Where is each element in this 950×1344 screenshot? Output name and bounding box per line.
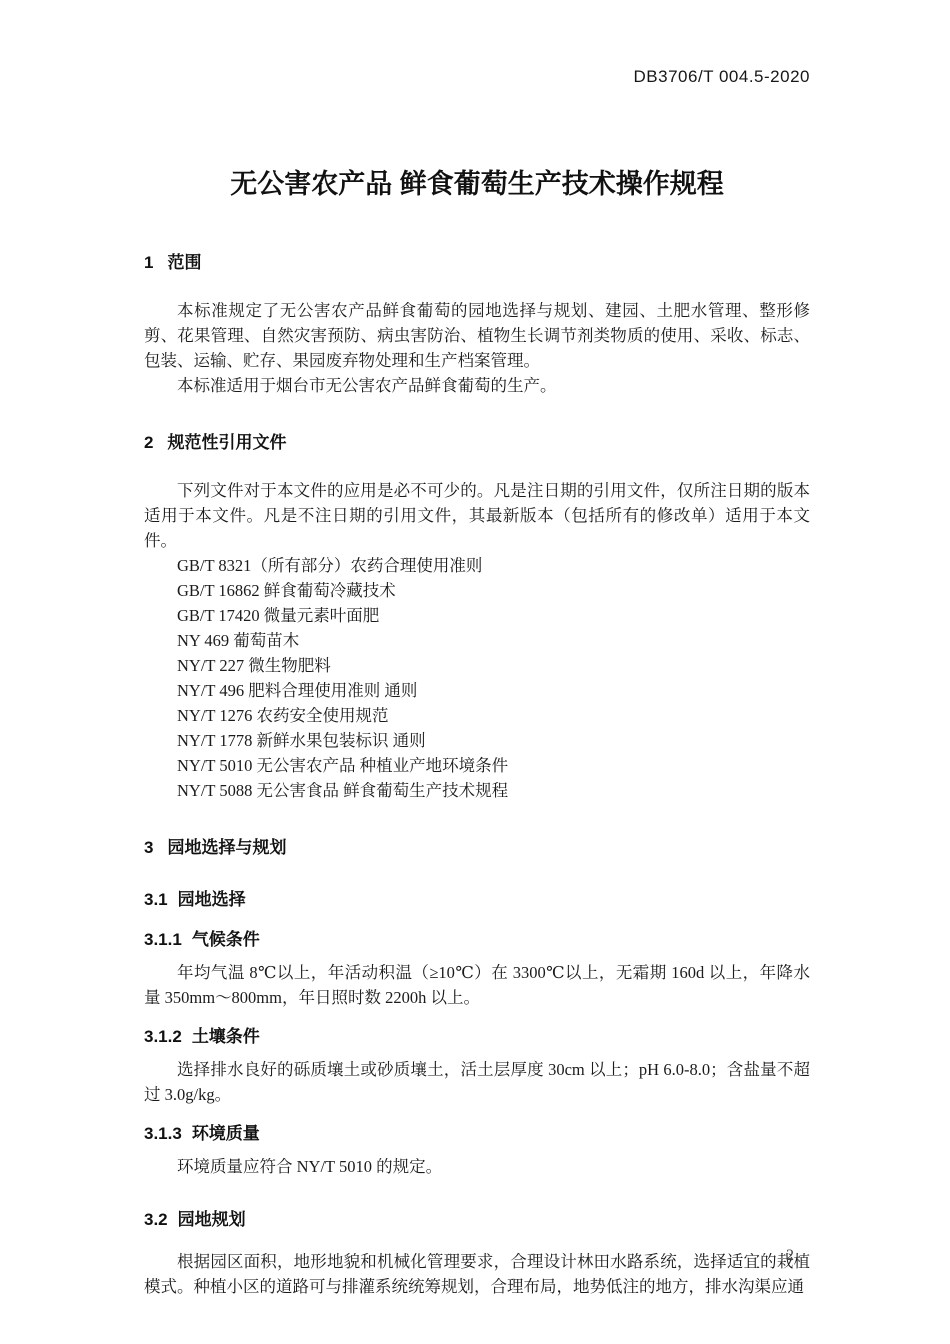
- section-number: 3.1.2: [144, 1027, 182, 1046]
- section-title: 范围: [167, 253, 201, 272]
- section-number: 2: [144, 433, 153, 452]
- section-number: 3: [144, 838, 153, 857]
- section-2-paragraph-1: 下列文件对于本文件的应用是必不可少的。凡是注日期的引用文件，仅所注日期的版本适用…: [144, 478, 810, 553]
- reference-item: NY 469 葡萄苗木: [144, 628, 810, 653]
- reference-list: GB/T 8321（所有部分）农药合理使用准则 GB/T 16862 鲜食葡萄冷…: [144, 553, 810, 803]
- document-page: DB3706/T 004.5-2020 无公害农产品 鲜食葡萄生产技术操作规程 …: [0, 0, 950, 1344]
- section-2-heading: 2规范性引用文件: [144, 432, 810, 454]
- reference-item: GB/T 17420 微量元素叶面肥: [144, 603, 810, 628]
- section-1-paragraph-2: 本标准适用于烟台市无公害农产品鲜食葡萄的生产。: [144, 373, 810, 398]
- section-number: 3.2: [144, 1210, 168, 1229]
- reference-item: NY/T 227 微生物肥料: [144, 653, 810, 678]
- section-3-1-3-heading: 3.1.3环境质量: [144, 1123, 810, 1145]
- section-number: 3.1.3: [144, 1124, 182, 1143]
- section-3-1-1-heading: 3.1.1气候条件: [144, 929, 810, 951]
- doc-number: DB3706/T 004.5-2020: [144, 0, 810, 89]
- section-number: 3.1.1: [144, 930, 182, 949]
- reference-item: NY/T 5088 无公害食品 鲜食葡萄生产技术规程: [144, 778, 810, 803]
- section-title: 气候条件: [192, 930, 260, 949]
- section-title: 园地选择与规划: [167, 838, 286, 857]
- page-number: 2: [786, 1243, 794, 1268]
- section-number: 3.1: [144, 890, 168, 909]
- reference-item: GB/T 8321（所有部分）农药合理使用准则: [144, 553, 810, 578]
- reference-item: NY/T 1276 农药安全使用规范: [144, 703, 810, 728]
- section-title: 土壤条件: [192, 1027, 260, 1046]
- section-3-1-2-heading: 3.1.2土壤条件: [144, 1026, 810, 1048]
- section-3-2-paragraph: 根据园区面积，地形地貌和机械化管理要求，合理设计林田水路系统，选择适宜的栽植模式…: [144, 1249, 810, 1299]
- section-title: 园地规划: [178, 1210, 246, 1229]
- section-3-heading: 3园地选择与规划: [144, 837, 810, 859]
- reference-item: NY/T 1778 新鲜水果包装标识 通则: [144, 728, 810, 753]
- reference-item: NY/T 5010 无公害农产品 种植业产地环境条件: [144, 753, 810, 778]
- section-title: 环境质量: [192, 1124, 260, 1143]
- document-title: 无公害农产品 鲜食葡萄生产技术操作规程: [144, 167, 810, 201]
- section-3-1-heading: 3.1园地选择: [144, 889, 810, 911]
- section-3-1-1-paragraph: 年均气温 8℃以上，年活动积温（≥10℃）在 3300℃以上，无霜期 160d …: [144, 960, 810, 1010]
- section-1-paragraph-1: 本标准规定了无公害农产品鲜食葡萄的园地选择与规划、建园、土肥水管理、整形修剪、花…: [144, 298, 810, 373]
- section-3-1-3-paragraph: 环境质量应符合 NY/T 5010 的规定。: [144, 1154, 810, 1179]
- section-3-2-heading: 3.2园地规划: [144, 1209, 810, 1231]
- reference-item: GB/T 16862 鲜食葡萄冷藏技术: [144, 578, 810, 603]
- section-1-heading: 1范围: [144, 252, 810, 274]
- section-title: 规范性引用文件: [167, 433, 286, 452]
- section-title: 园地选择: [178, 890, 246, 909]
- section-number: 1: [144, 253, 153, 272]
- section-3-1-2-paragraph: 选择排水良好的砾质壤土或砂质壤土，活土层厚度 30cm 以上；pH 6.0-8.…: [144, 1057, 810, 1107]
- reference-item: NY/T 496 肥料合理使用准则 通则: [144, 678, 810, 703]
